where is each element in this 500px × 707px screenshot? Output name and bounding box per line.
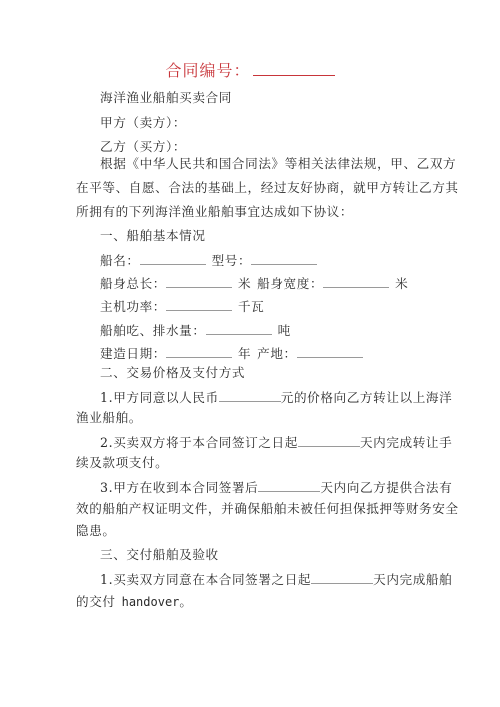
clause2-3-line-2: 效的船舶产权证明文件，并确保船舶未被任何担保抵押等财务安全 bbox=[0, 501, 500, 517]
handover-word: handover bbox=[122, 595, 180, 609]
section3-title: 三、交付船舶及验收 bbox=[0, 547, 500, 563]
certificate-days-blank[interactable] bbox=[258, 479, 320, 492]
clause-text: 1.买卖双方同意在本合同签署之日起 bbox=[100, 572, 311, 587]
clause-text: 3.甲方在收到本合同签署后 bbox=[100, 480, 258, 495]
section1-title: 一、船舶基本情况 bbox=[0, 228, 500, 244]
kw-unit: 千瓦 bbox=[238, 299, 264, 314]
dimensions-row: 船身总长：米船身宽度：米 bbox=[0, 275, 500, 292]
clause-text: 天内完成船舶 bbox=[373, 572, 452, 587]
model-label: 型号： bbox=[212, 253, 252, 268]
ship-name-label: 船名： bbox=[100, 253, 140, 268]
width-blank[interactable] bbox=[323, 275, 389, 288]
preamble-line-3: 所拥有的下列海洋渔业船舶事宜达成如下协议： bbox=[0, 204, 500, 220]
contract-number-label: 合同编号： bbox=[165, 61, 250, 80]
clause2-1-line-2: 渔业船舶。 bbox=[0, 410, 500, 426]
displacement-label: 船舶吃、排水量： bbox=[100, 323, 206, 338]
build-date-row: 建造日期：年产地： bbox=[0, 345, 500, 362]
build-date-label: 建造日期： bbox=[100, 346, 166, 361]
length-label: 船身总长： bbox=[100, 276, 166, 291]
ton-unit: 吨 bbox=[278, 323, 291, 338]
transfer-days-blank[interactable] bbox=[298, 434, 360, 447]
clause-text: 2.买卖双方将于本合同签订之日起 bbox=[100, 435, 298, 450]
clause-text: 。 bbox=[179, 594, 192, 609]
meter-unit-1: 米 bbox=[238, 276, 251, 291]
document-page: 合同编号： 海洋渔业船舶买卖合同 甲方（卖方）： 乙方（买方）： 根据《中华人民… bbox=[0, 0, 500, 707]
preamble-line-1: 根据《中华人民共和国合同法》等相关法律法规，甲、乙双方 bbox=[0, 156, 500, 172]
length-blank[interactable] bbox=[166, 275, 232, 288]
clause2-1-line-1: 1.甲方同意以人民币元的价格向乙方转让以上海洋 bbox=[0, 389, 500, 406]
origin-label: 产地： bbox=[257, 346, 297, 361]
party-b-line: 乙方（买方）： bbox=[0, 139, 500, 155]
price-blank[interactable] bbox=[219, 389, 281, 402]
build-date-blank[interactable] bbox=[166, 345, 232, 358]
clause2-3-line-3: 隐患。 bbox=[0, 523, 500, 539]
ship-name-row: 船名：型号： bbox=[0, 252, 500, 269]
ship-name-blank[interactable] bbox=[140, 252, 206, 265]
meter-unit-2: 米 bbox=[395, 276, 408, 291]
clause2-2-line-1: 2.买卖双方将于本合同签订之日起天内完成转让手 bbox=[0, 434, 500, 451]
clause-text: 元的价格向乙方转让以上海洋 bbox=[281, 390, 453, 405]
displacement-row: 船舶吃、排水量：吨 bbox=[0, 322, 500, 339]
preamble-line-2: 在平等、自愿、合法的基础上，经过友好协商，就甲方转让乙方其 bbox=[0, 180, 500, 196]
section2-title: 二、交易价格及支付方式 bbox=[0, 365, 500, 381]
model-blank[interactable] bbox=[251, 252, 317, 265]
clause2-2-line-2: 续及款项支付。 bbox=[0, 455, 500, 471]
clause3-1-line-2: 的交付handover。 bbox=[0, 594, 500, 610]
engine-power-blank[interactable] bbox=[166, 298, 232, 311]
delivery-days-blank[interactable] bbox=[311, 571, 373, 584]
contract-heading: 海洋渔业船舶买卖合同 bbox=[0, 90, 500, 106]
clause2-3-line-1: 3.甲方在收到本合同签署后天内向乙方提供合法有 bbox=[0, 479, 500, 496]
origin-blank[interactable] bbox=[297, 345, 363, 358]
clause-text: 天内向乙方提供合法有 bbox=[320, 480, 452, 495]
clause-text: 天内完成转让手 bbox=[360, 435, 452, 450]
displacement-blank[interactable] bbox=[206, 322, 272, 335]
year-unit: 年 bbox=[238, 346, 251, 361]
party-a-line: 甲方（卖方）： bbox=[0, 115, 500, 131]
clause-text: 的交付 bbox=[76, 594, 116, 609]
engine-power-row: 主机功率：千瓦 bbox=[0, 298, 500, 315]
contract-number-title: 合同编号： bbox=[0, 60, 500, 82]
contract-number-blank[interactable] bbox=[253, 61, 335, 76]
engine-power-label: 主机功率： bbox=[100, 299, 166, 314]
clause3-1-line-1: 1.买卖双方同意在本合同签署之日起天内完成船舶 bbox=[0, 571, 500, 588]
width-label: 船身宽度： bbox=[257, 276, 323, 291]
clause-text: 1.甲方同意以人民币 bbox=[100, 390, 219, 405]
